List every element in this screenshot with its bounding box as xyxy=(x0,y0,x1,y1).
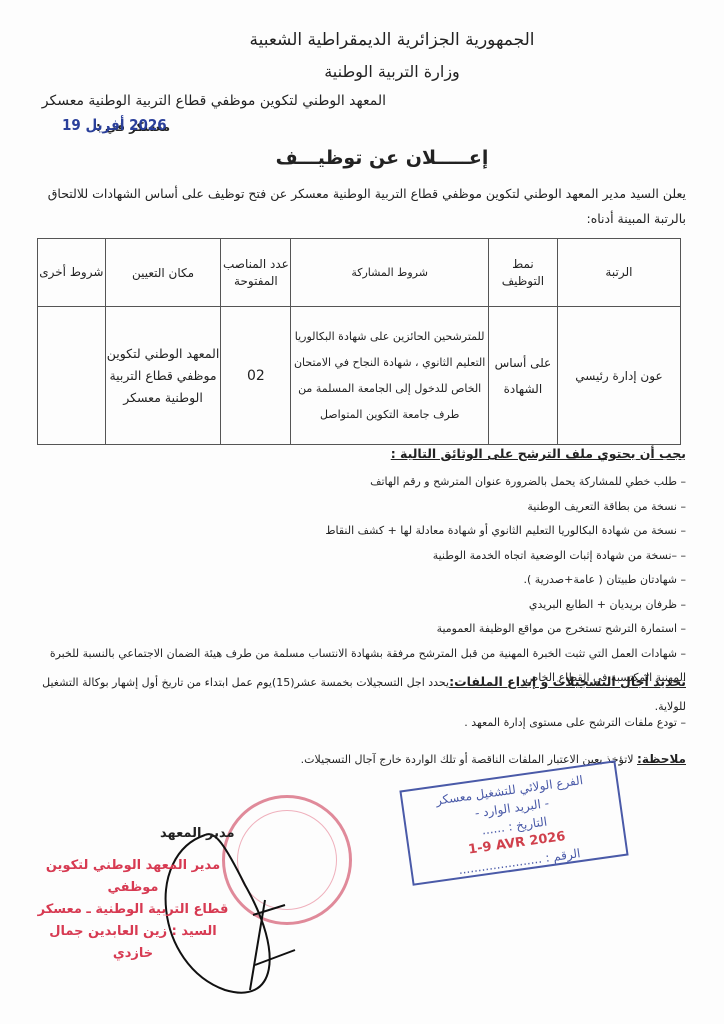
ministry-header: وزارة التربية الوطنية xyxy=(0,62,724,81)
cell-rank: عون إدارة رئيسي xyxy=(557,307,680,445)
list-item: – نسخة من بطاقة التعريف الوطنية xyxy=(36,495,686,520)
list-item: – طلب خطي للمشاركة يحمل بالضرورة عنوان ا… xyxy=(36,470,686,495)
cell-mode: على أساس الشهادة xyxy=(488,307,557,445)
documents-list: – طلب خطي للمشاركة يحمل بالضرورة عنوان ا… xyxy=(36,470,686,691)
date-stamp: 2026 أفريل 19 xyxy=(62,116,167,134)
director-title: مدير المعهد xyxy=(160,826,235,841)
cell-other xyxy=(38,307,106,445)
col-other: شروط أخرى xyxy=(38,239,106,307)
list-item: – استمارة الترشح تستخرج من مواقع الوظيفة… xyxy=(36,617,686,642)
note-paragraph: ملاحظة: لاتؤخذ بعين الاعتبار الملفات الن… xyxy=(301,752,686,766)
list-item: – نسخة من شهادة البكالوريا التعليم الثان… xyxy=(36,519,686,544)
stamp-line: مدير المعهد الوطني لتكوين موظفي xyxy=(33,855,233,899)
recruitment-table: الرتبة نمط التوظيف شروط المشاركة عدد الم… xyxy=(37,238,681,445)
page-title: إعـــــلان عن توظيـــف xyxy=(0,147,724,169)
institute-header: المعهد الوطني لتكوين موظفي قطاع التربية … xyxy=(42,93,386,109)
note-label: ملاحظة: xyxy=(637,752,686,766)
cell-conditions: للمترشحين الحائزين على شهادة البكالوريا … xyxy=(291,307,489,445)
table-header-row: الرتبة نمط التوظيف شروط المشاركة عدد الم… xyxy=(38,239,681,307)
director-name-stamp: مدير المعهد الوطني لتكوين موظفي قطاع الت… xyxy=(33,855,233,965)
cell-location: المعهد الوطني لتكوين موظفي قطاع التربية … xyxy=(105,307,221,445)
col-mode: نمط التوظيف xyxy=(488,239,557,307)
intro-paragraph: يعلن السيد مدير المعهد الوطني لتكوين موظ… xyxy=(36,181,686,231)
list-item: – شهادتان طبيتان ( عامة+صدرية ). xyxy=(36,568,686,593)
republic-header: الجمهورية الجزائرية الديمقراطية الشعبية xyxy=(0,30,724,50)
stamp-line: قطاع التربية الوطنية ـ معسكر xyxy=(33,899,233,921)
documents-heading: يجب أن يحتوي ملف الترشح على الوثائق التا… xyxy=(391,446,686,461)
deadline-label: تحديد آجال التسجيلات و إيداع الملفات: xyxy=(449,674,686,689)
deadline-paragraph: تحديد آجال التسجيلات و إيداع الملفات:يحد… xyxy=(36,670,686,719)
list-item: – ظرفان بريديان + الطابع البريدي xyxy=(36,593,686,618)
stamp-line: السيد : زين العابدين جمال خازدي xyxy=(33,921,233,965)
col-location: مكان التعيين xyxy=(105,239,221,307)
table-row: عون إدارة رئيسي على أساس الشهادة للمترشح… xyxy=(38,307,681,445)
list-item: – –نسخة من شهادة إثبات الوضعية اتجاه الخ… xyxy=(36,544,686,569)
col-conditions: شروط المشاركة xyxy=(291,239,489,307)
deposit-line: – تودع ملفات الترشح على مستوى إدارة المع… xyxy=(464,716,686,729)
col-positions: عدد المناصب المفتوحة xyxy=(221,239,291,307)
received-stamp: الفرع الولائي للتشغيل معسكر - البريد الو… xyxy=(399,760,628,885)
cell-positions: 02 xyxy=(221,307,291,445)
col-rank: الرتبة xyxy=(557,239,680,307)
